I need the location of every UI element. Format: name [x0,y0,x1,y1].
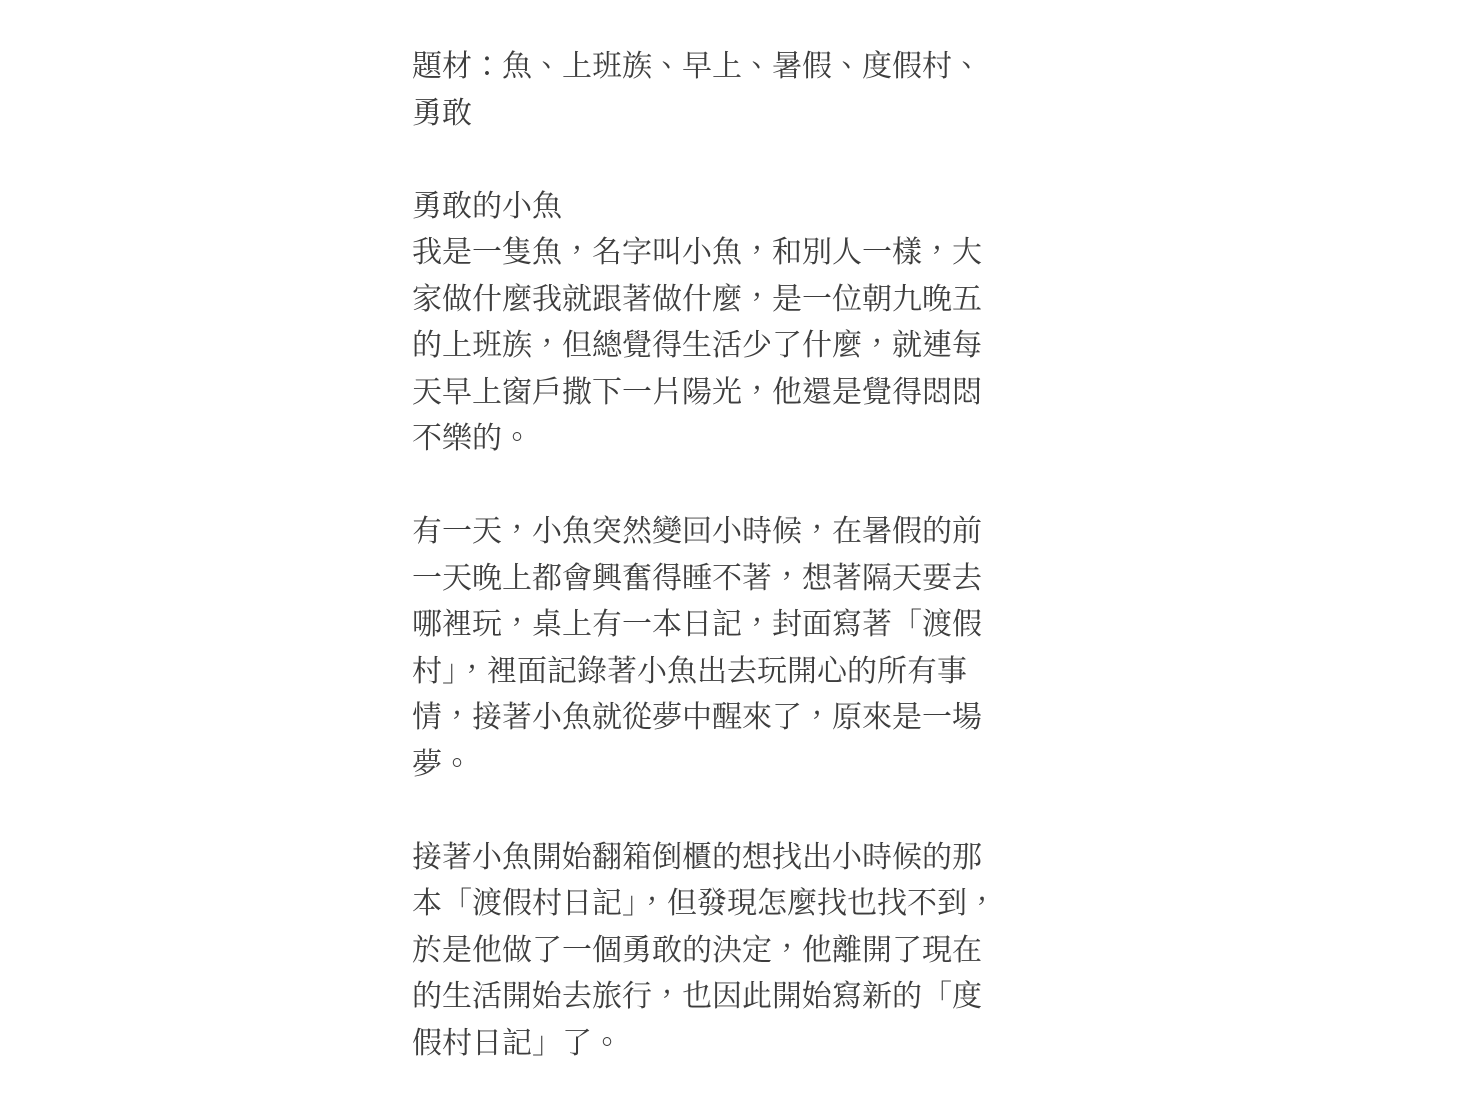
dream-paragraph: 有一天，小魚突然變回小時候，在暑假的前 一天晚上都會興奮得睡不著，想著隔天要去 … [412,509,1032,788]
decision-paragraph: 接著小魚開始翻箱倒櫃的想找出小時候的那 本「渡假村日記」，但發現怎麼找也找不到，… [412,835,1032,1068]
story-title-and-intro-paragraph: 勇敢的小魚 我是一隻魚，名字叫小魚，和別人一樣，大 家做什麼我就跟著做什麼，是一… [412,184,1032,463]
page-background: { "page": { "background_color": "#ffffff… [0,0,1477,1108]
topic-list-paragraph: 題材：魚、上班族、早上、暑假、度假村、 勇敢 [412,44,1032,137]
story-document: 題材：魚、上班族、早上、暑假、度假村、 勇敢 勇敢的小魚 我是一隻魚，名字叫小魚… [412,44,1032,1067]
